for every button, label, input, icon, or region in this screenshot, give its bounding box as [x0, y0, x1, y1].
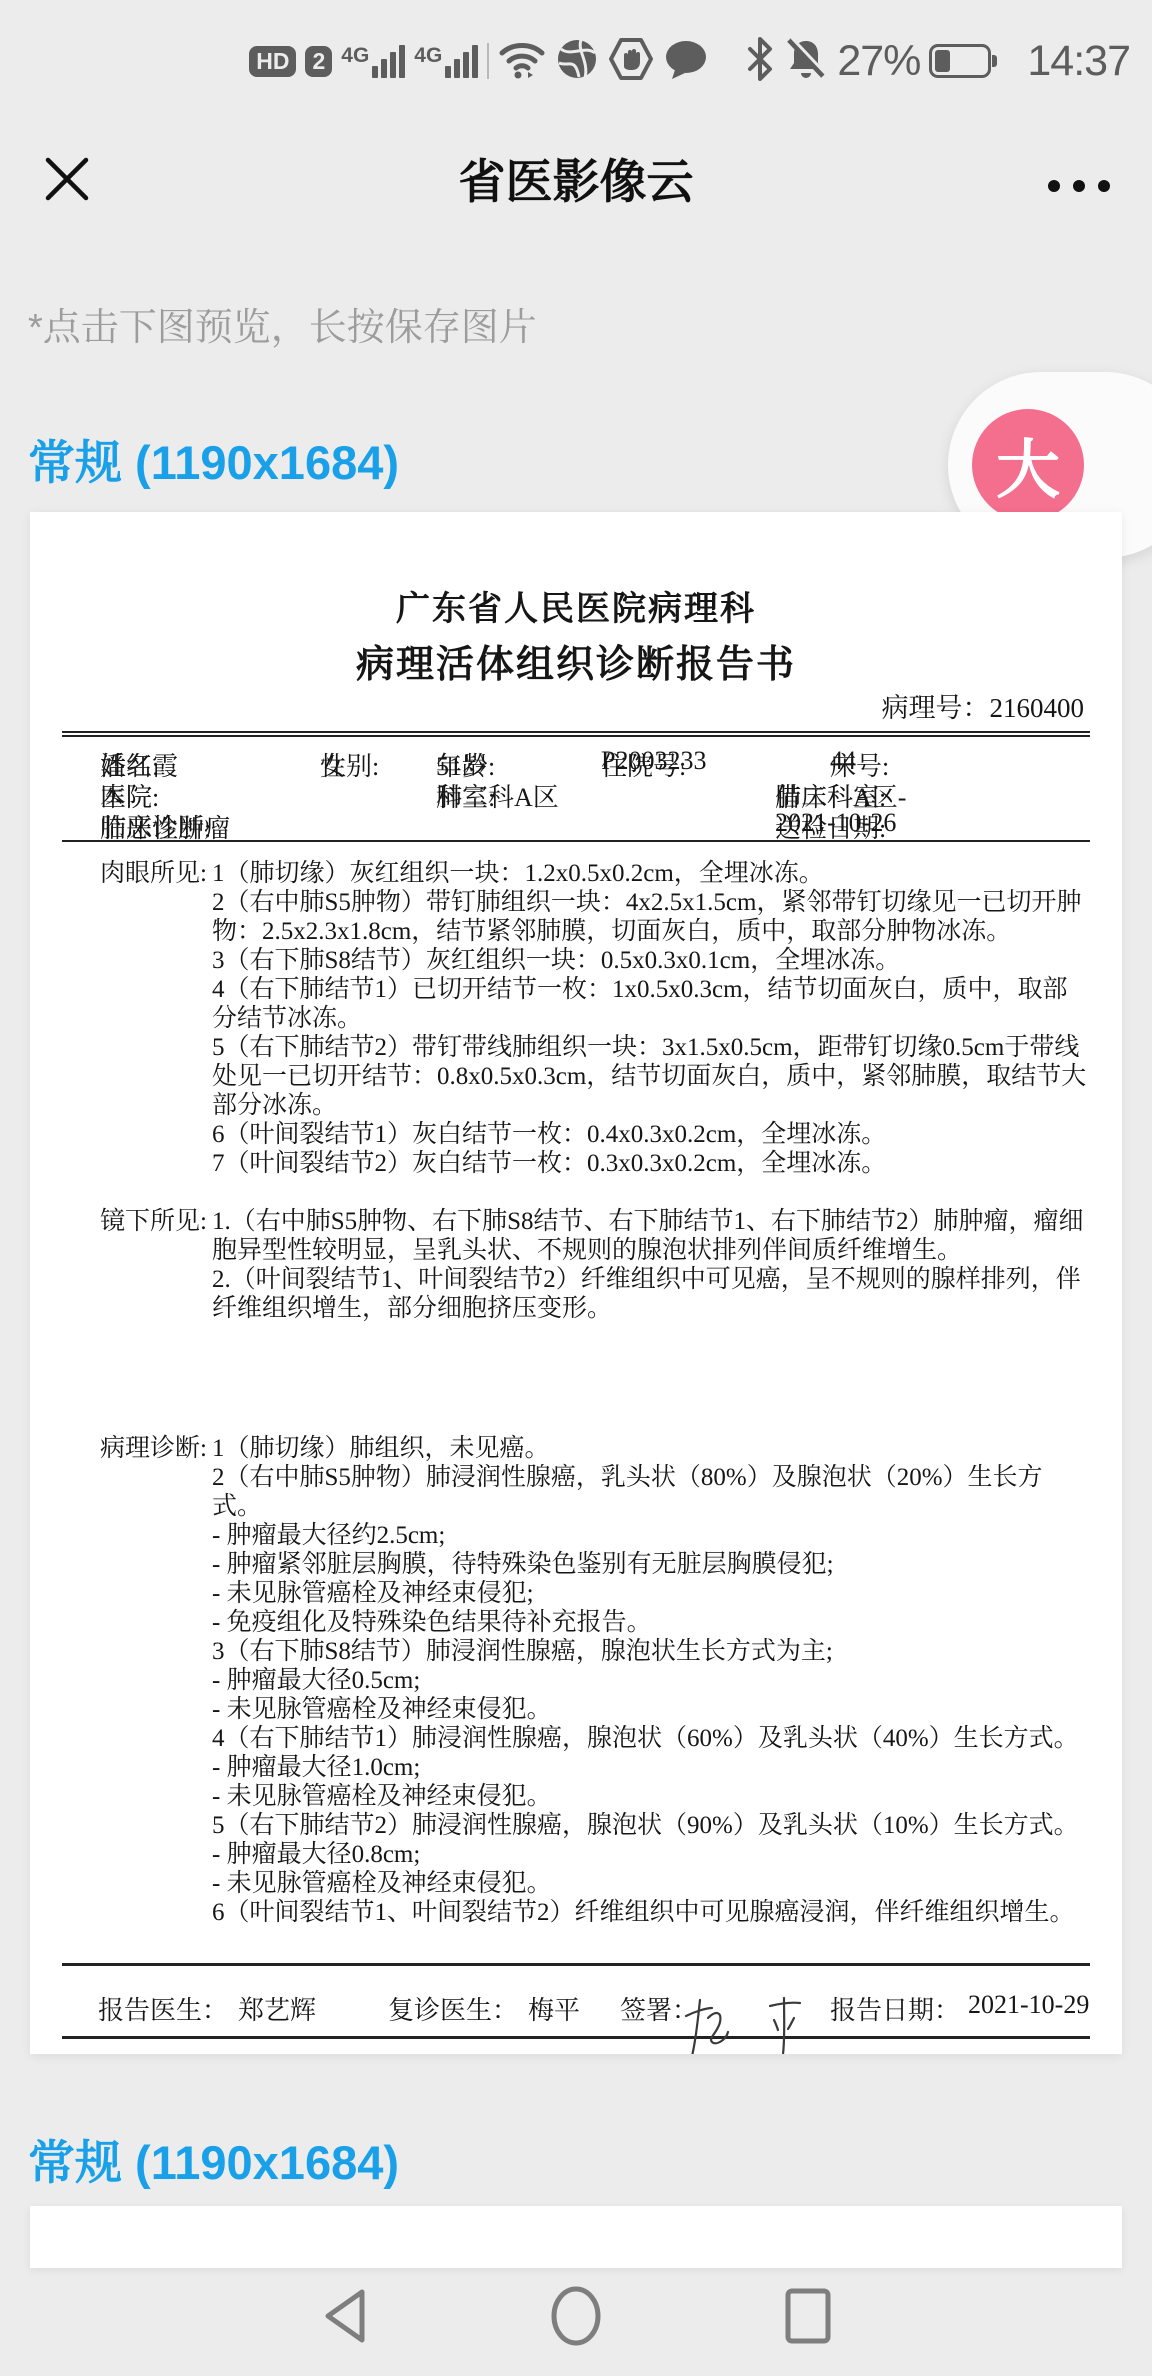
report-title: 病理活体组织诊断报告书	[30, 641, 1122, 689]
large-font-button[interactable]: 大	[972, 409, 1084, 521]
message-bubble-icon	[663, 38, 709, 85]
microscopic-finding-item: 2.（叶间裂结节1、叶间裂结节2）纤维组织中可见癌，呈不规则的腺样排列，伴纤维组…	[212, 1265, 1088, 1323]
gross-finding-item: 4（右下肺结节1）已切开结节一枚：1x0.5x0.3cm，结节切面灰白，质中，取…	[212, 975, 1088, 1033]
bluetooth-icon	[745, 37, 775, 86]
report-note: 注: 此报告临床如有疑问请与本科联系。电话: 020-83827812*5076…	[30, 2051, 1122, 2054]
diagnosis-item: - 肿瘤最大径1.0cm;	[212, 1753, 1088, 1782]
signal-bars-sim2: 4G	[414, 44, 478, 78]
diagnosis-item: - 未见脉管癌栓及神经束侵犯。	[212, 1869, 1088, 1898]
pathological-diagnosis-label: 病理诊断:	[100, 1434, 207, 1463]
patient-info: 姓名:潘红霞 性别: 女 年龄:51岁 住院号: P2003233 床号: 44…	[30, 744, 1122, 840]
divider	[62, 2036, 1090, 2039]
pathology-number-label: 病理号：	[882, 693, 990, 723]
report-date-label: 报告日期：	[830, 1990, 960, 2027]
diagnosis-item: - 免疫组化及特殊染色结果待补充报告。	[212, 1608, 1088, 1637]
gross-findings-section: 肉眼所见: 1（肺切缘）灰红组织一块：1.2x0.5x0.2cm，全埋冰冻。2（…	[30, 859, 1122, 1178]
diagnosis-item: - 未见脉管癌栓及神经束侵犯。	[212, 1782, 1088, 1811]
sim2-badge: 2	[305, 46, 332, 77]
gross-finding-item: 7（叶间裂结节2）灰白结节一枚：0.3x0.3x0.2cm，全埋冰冻。	[212, 1149, 1088, 1178]
diagnosis-item: 4（右下肺结节1）肺浸润性腺癌，腺泡状（60%）及乳头状（40%）生长方式。	[212, 1724, 1088, 1753]
diagnosis-item: 1（肺切缘）肺组织，未见癌。	[212, 1434, 1088, 1463]
home-button[interactable]	[546, 2286, 606, 2346]
diagnosis-item: - 未见脉管癌栓及神经束侵犯。	[212, 1695, 1088, 1724]
page-title: 省医影像云	[0, 145, 1152, 212]
diagnosis-item: 3（右下肺S8结节）肺浸润性腺癌，腺泡状生长方式为主;	[212, 1637, 1088, 1666]
report-image[interactable]: 广东省人民医院病理科 病理活体组织诊断报告书 病理号：2160400 姓名:潘红…	[30, 512, 1122, 2054]
review-doctor-name: 梅平	[528, 1990, 580, 2027]
back-button[interactable]	[314, 2286, 374, 2346]
battery-icon	[929, 44, 991, 78]
diagnosis-item: 5（右下肺结节2）肺浸润性腺癌，腺泡状（90%）及乳头状（10%）生长方式。	[212, 1811, 1088, 1840]
diagnosis-item: 2（右中肺S5肿物）肺浸润性腺癌，乳头状（80%）及腺泡状（20%）生长方式。	[212, 1463, 1088, 1521]
gross-findings-label: 肉眼所见:	[100, 859, 207, 888]
more-menu-icon[interactable]	[1048, 180, 1110, 192]
hospital-name: 广东省人民医院病理科	[30, 588, 1122, 632]
report-doctor-name: 郑艺辉	[238, 1990, 316, 2027]
report-footer: 报告医生： 郑艺辉 复诊医生： 梅平 签署： 报告日期： 2021-10-29	[30, 1966, 1122, 2036]
gross-finding-item: 6（叶间裂结节1）灰白结节一枚：0.4x0.3x0.2cm，全埋冰冻。	[212, 1120, 1088, 1149]
battery-percent: 27%	[837, 40, 920, 83]
screenshot-root: { "colors": { "accent_blue": "#19a0e8", …	[0, 0, 1152, 2376]
diagnosis-item: - 肿瘤最大径0.5cm;	[212, 1666, 1088, 1695]
browser-globe-icon	[555, 37, 599, 86]
gross-finding-item: 2（右中肺S5肿物）带钉肺组织一块：4x2.5x1.5cm，紧邻带钉切缘见一已切…	[212, 888, 1088, 946]
recents-button[interactable]	[778, 2286, 838, 2346]
image-section-heading-1: 常规 (1190x1684)	[28, 426, 399, 493]
diagnosis-item: - 肿瘤最大径约2.5cm;	[212, 1521, 1088, 1550]
wifi-icon	[498, 39, 546, 84]
diagnosis-item: - 未见脉管癌栓及神经束侵犯;	[212, 1579, 1088, 1608]
microscopic-findings-label: 镜下所见:	[100, 1207, 207, 1236]
status-divider	[487, 43, 489, 79]
app-header: 省医影像云	[0, 108, 1152, 248]
gross-finding-item: 5（右下肺结节2）带钉带线肺组织一块：3x1.5x0.5cm，距带钉切缘0.5c…	[212, 1033, 1088, 1120]
status-bar: HD 2 4G 4G	[0, 0, 1152, 108]
do-not-disturb-hand-icon	[608, 37, 654, 86]
notifications-off-icon	[784, 37, 828, 86]
signal-bars-icon	[445, 44, 478, 78]
signal-bars-sim1: 4G	[341, 44, 405, 78]
pathology-number-value: 2160400	[990, 693, 1085, 723]
image-section-heading-2: 常规 (1190x1684)	[28, 2126, 399, 2193]
preview-hint: *点击下图预览，长按保存图片	[28, 296, 537, 351]
diagnosis-item: - 肿瘤紧邻脏层胸膜，待特殊染色鉴别有无脏层胸膜侵犯;	[212, 1550, 1088, 1579]
pathological-diagnosis-section: 病理诊断: 1（肺切缘）肺组织，未见癌。2（右中肺S5肿物）肺浸润性腺癌，乳头状…	[30, 1434, 1122, 1927]
clock: 14:37	[1027, 40, 1130, 83]
hd-badge: HD	[249, 46, 296, 77]
diagnosis-item: - 肿瘤最大径0.8cm;	[212, 1840, 1088, 1869]
close-icon[interactable]	[40, 152, 94, 206]
report-date-value: 2021-10-29	[968, 1990, 1089, 2020]
pathology-number: 病理号：2160400	[30, 692, 1122, 724]
diagnosis-item: 6（叶间裂结节1、叶间裂结节2）纤维组织中可见腺癌浸润，伴纤维组织增生。	[212, 1898, 1088, 1927]
microscopic-findings-section: 镜下所见: 1.（右中肺S5肿物、右下肺S8结节、右下肺结节1、右下肺结节2）肺…	[30, 1207, 1122, 1323]
report-doctor-label: 报告医生：	[98, 1990, 228, 2027]
android-nav-bar	[0, 2256, 1152, 2376]
handwritten-signature	[678, 1990, 828, 2054]
gross-finding-item: 1（肺切缘）灰红组织一块：1.2x0.5x0.2cm，全埋冰冻。	[212, 859, 1088, 888]
review-doctor-label: 复诊医生：	[388, 1990, 518, 2027]
signal-bars-icon	[372, 44, 405, 78]
microscopic-finding-item: 1.（右中肺S5肿物、右下肺S8结节、右下肺结节1、右下肺结节2）肺肿瘤，瘤细胞…	[212, 1207, 1088, 1265]
gross-finding-item: 3（右下肺S8结节）灰红组织一块：0.5x0.3x0.1cm，全埋冰冻。	[212, 946, 1088, 975]
divider	[62, 731, 1090, 737]
